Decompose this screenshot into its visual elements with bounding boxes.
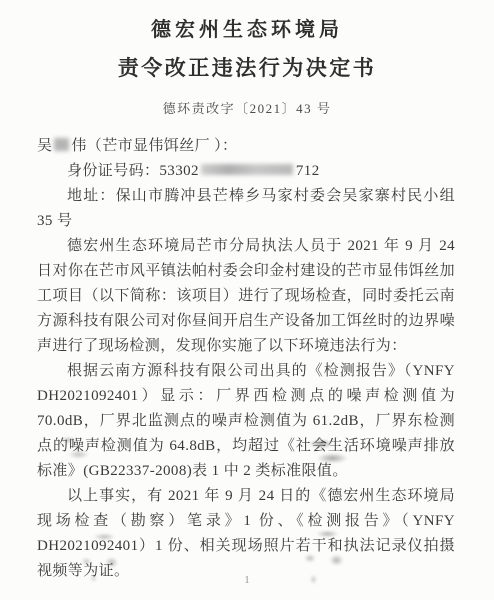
- scanned-document-page: 德宏州生态环境局 责令改正违法行为决定书 德环责改字〔2021〕43 号 吴伟（…: [0, 0, 494, 600]
- id-number-suffix: 712: [296, 163, 320, 179]
- id-number-prefix: 身份证号码：53302: [67, 163, 199, 179]
- doc-title: 责令改正违法行为决定书: [0, 52, 494, 82]
- id-number-line: 身份证号码：53302712: [37, 159, 455, 184]
- paragraph-inspection-facts: 德宏州生态环境局芒市分局执法人员于 2021 年 9 月 24 日对你在芒市风平…: [37, 234, 455, 359]
- document-body: 吴伟（芒市显伟饵丝厂 ）： 身份证号码：53302712 地址：保山市腾冲县芒棒…: [37, 134, 455, 584]
- doc-number: 德环责改字〔2021〕43 号: [0, 98, 494, 117]
- page-number: 1: [0, 575, 494, 586]
- recipient-line: 吴伟（芒市显伟饵丝厂 ）：: [37, 134, 455, 159]
- address-line: 地址：保山市腾冲县芒棒乡马家村委会吴家寨村民小组 35 号: [37, 184, 455, 234]
- paragraph-evidence-list: 以上事实，有 2021 年 9 月 24 日的《德宏州生态环境局现场检查（勘察）…: [37, 484, 455, 584]
- org-title: 德宏州生态环境局: [0, 13, 494, 42]
- name-redaction-blur: [54, 138, 69, 151]
- document-header: 德宏州生态环境局 责令改正违法行为决定书 德环责改字〔2021〕43 号: [0, 0, 494, 117]
- paragraph-noise-report: 根据云南方源科技有限公司出具的《检测报告》（YNFY DH2021092401）…: [37, 359, 455, 484]
- recipient-name-suffix: 伟（芒市显伟饵丝厂 ）：: [71, 138, 237, 154]
- recipient-name-prefix: 吴: [37, 138, 52, 154]
- id-redaction-blur: [201, 164, 293, 175]
